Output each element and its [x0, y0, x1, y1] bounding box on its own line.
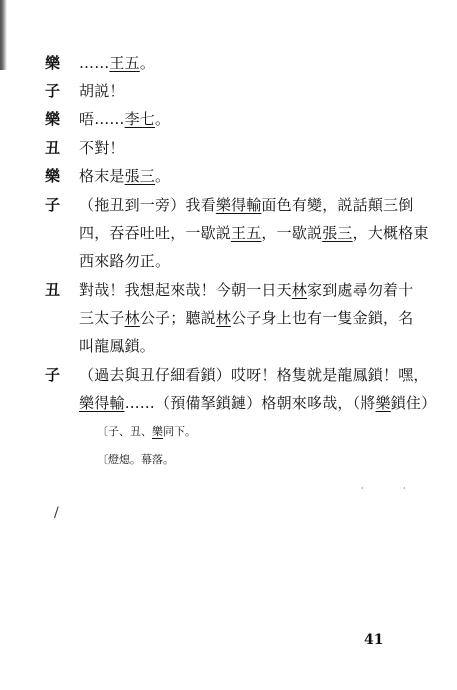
- underlined-name: 王五: [109, 54, 139, 72]
- stage-direction: 〔燈熄。幕落。: [97, 450, 174, 470]
- speaker-label: 子: [45, 79, 65, 103]
- dialogue-text: 唔……李七。: [79, 107, 170, 131]
- dialogue-text: ……王五。: [79, 51, 155, 75]
- underlined-name: 王五: [231, 224, 261, 242]
- speaker-label: 子: [45, 363, 65, 387]
- ink-mark: ·: [403, 484, 406, 493]
- speaker-label: 樂: [45, 51, 65, 75]
- dialogue-continuation: 四，吞吞吐吐，一歇説王五，一歇説張三，大概格東: [79, 221, 429, 245]
- dialogue-text: 對哉！我想起來哉！今朝一日天林家到處尋勿着十: [79, 278, 413, 302]
- underlined-name: 張三: [125, 167, 155, 185]
- dialogue-text: （過去與丑仔細看鎖）哎呀！格隻就是龍鳳鎖！嘿，: [79, 363, 429, 387]
- underlined-name: 李七: [125, 110, 155, 128]
- underlined-name: 張三: [322, 224, 352, 242]
- underlined-name: 樂得輸: [79, 394, 125, 412]
- dialogue-continuation: 樂得輸……（預備拏鎖鏈）格朝來哆哉，（將樂鎖住）: [79, 391, 436, 415]
- dialogue-text: 胡説！: [79, 79, 125, 103]
- dialogue-text: 格末是張三。: [79, 164, 170, 188]
- speaker-label: 丑: [45, 136, 65, 160]
- page-edge-shadow: [0, 0, 7, 70]
- ink-mark: /: [54, 505, 59, 521]
- ink-mark: ·: [361, 484, 364, 493]
- dialogue-text: （拖丑到一旁）我看樂得輸面色有變，説話顛三倒: [79, 193, 413, 217]
- underlined-name: 樂: [152, 425, 163, 438]
- underlined-name: 樂: [376, 394, 391, 412]
- speaker-label: 樂: [45, 164, 65, 188]
- dialogue-continuation: 三太子林公子；聽説林公子身上也有一隻金鎖，名: [79, 306, 413, 330]
- underlined-name: 林: [216, 309, 231, 327]
- page-number: 41: [364, 632, 383, 648]
- speaker-label: 樂: [45, 107, 65, 131]
- dialogue-continuation: 西來路勿正。: [79, 249, 170, 273]
- speaker-label: 丑: [45, 278, 65, 302]
- dialogue-continuation: 叫龍鳳鎖。: [79, 334, 155, 358]
- underlined-name: 林: [292, 281, 307, 299]
- underlined-name: 樂得輸: [216, 196, 262, 214]
- stage-direction: 〔子、丑、樂同下。: [97, 422, 196, 442]
- dialogue-text: 不對！: [79, 136, 125, 160]
- underlined-name: 林: [125, 309, 140, 327]
- speaker-label: 子: [45, 193, 65, 217]
